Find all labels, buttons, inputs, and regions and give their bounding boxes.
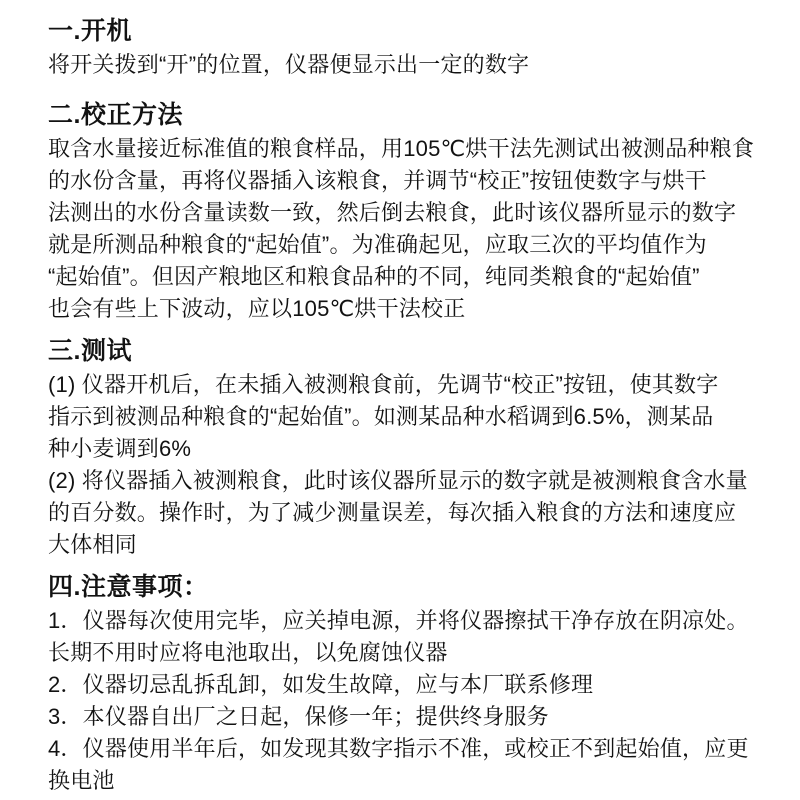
text-line: 长期不用时应将电池取出，以免腐蚀仪器 — [48, 637, 760, 669]
text-line: 3．本仪器自出厂之日起，保修一年；提供终身服务 — [48, 701, 760, 733]
section-heading-power-on: 一.开机 — [48, 13, 760, 49]
text-line: 取含水量接近标准值的粮食样品，用105℃烘干法先测试出被测品种粮食 — [48, 133, 760, 165]
text-line: 的百分数。操作时，为了减少测量误差，每次插入粮食的方法和速度应 — [48, 497, 760, 529]
text-line: “起始值”。但因产粮地区和粮食品种的不同，纯同类粮食的“起始值” — [48, 261, 760, 293]
text-line: 种小麦调到6% — [48, 433, 760, 465]
text-line: 换电池 — [48, 765, 760, 797]
section-heading-calibration: 二.校正方法 — [48, 97, 760, 133]
text-line: 指示到被测品种粮食的“起始值”。如测某品种水稻调到6.5%，测某品 — [48, 401, 760, 433]
text-line: 也会有些上下波动，应以105℃烘干法校正 — [48, 293, 760, 325]
text-line: 法测出的水份含量读数一致，然后倒去粮食，此时该仪器所显示的数字 — [48, 197, 760, 229]
text-line: (1) 仪器开机后，在未插入被测粮食前，先调节“校正”按钮，使其数字 — [48, 369, 760, 401]
text-line: 的水份含量，再将仪器插入该粮食，并调节“校正”按钮使数字与烘干 — [48, 165, 760, 197]
text-line: 1．仪器每次使用完毕，应关掉电源，并将仪器擦拭干净存放在阴凉处。 — [48, 605, 760, 637]
instruction-manual-page: 一.开机 将开关拨到“开”的位置，仪器便显示出一定的数字 二.校正方法 取含水量… — [0, 0, 800, 800]
section-heading-testing: 三.测试 — [48, 333, 760, 369]
text-line: 就是所测品种粮食的“起始值”。为准确起见，应取三次的平均值作为 — [48, 229, 760, 261]
text-line: 2．仪器切忌乱拆乱卸，如发生故障，应与本厂联系修理 — [48, 669, 760, 701]
text-line: 将开关拨到“开”的位置，仪器便显示出一定的数字 — [48, 49, 760, 81]
section-heading-precautions: 四.注意事项： — [48, 569, 760, 605]
text-line: 4．仪器使用半年后，如发现其数字指示不准，或校正不到起始值，应更 — [48, 733, 760, 765]
text-line: (2) 将仪器插入被测粮食，此时该仪器所显示的数字就是被测粮食含水量 — [48, 465, 760, 497]
text-line: 大体相同 — [48, 529, 760, 561]
